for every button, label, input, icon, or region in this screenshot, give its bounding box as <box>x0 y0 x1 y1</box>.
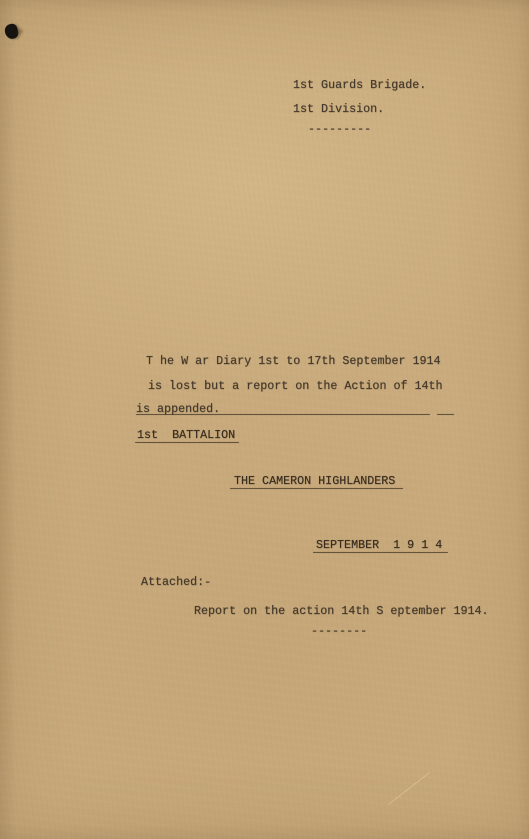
diary-note-line2: is lost but a report on the Action of 14… <box>148 379 443 393</box>
attached-item: Report on the action 14th S eptember 191… <box>194 604 489 618</box>
regiment-underline <box>230 488 403 489</box>
attached-label: Attached:- <box>141 575 211 589</box>
regiment-heading: THE CAMERON HIGHLANDERS <box>234 474 395 488</box>
ink-smudge <box>17 29 23 34</box>
battalion-heading: 1st BATTALION <box>137 428 235 442</box>
note-underline-short <box>437 414 454 415</box>
paper-crease <box>388 772 430 805</box>
battalion-underline <box>135 442 239 443</box>
header-divider-dashes: --------- <box>308 122 371 136</box>
date-underline <box>313 552 448 553</box>
date-heading: SEPTEMBER 1 9 1 4 <box>316 538 442 552</box>
brigade-line: 1st Guards Brigade. <box>293 78 426 92</box>
footer-divider-dashes: -------- <box>311 624 367 638</box>
scanned-document-page: 1st Guards Brigade. 1st Division. ------… <box>0 0 529 839</box>
division-line: 1st Division. <box>293 102 384 116</box>
diary-note-line1: T he W ar Diary 1st to 17th September 19… <box>146 354 441 368</box>
